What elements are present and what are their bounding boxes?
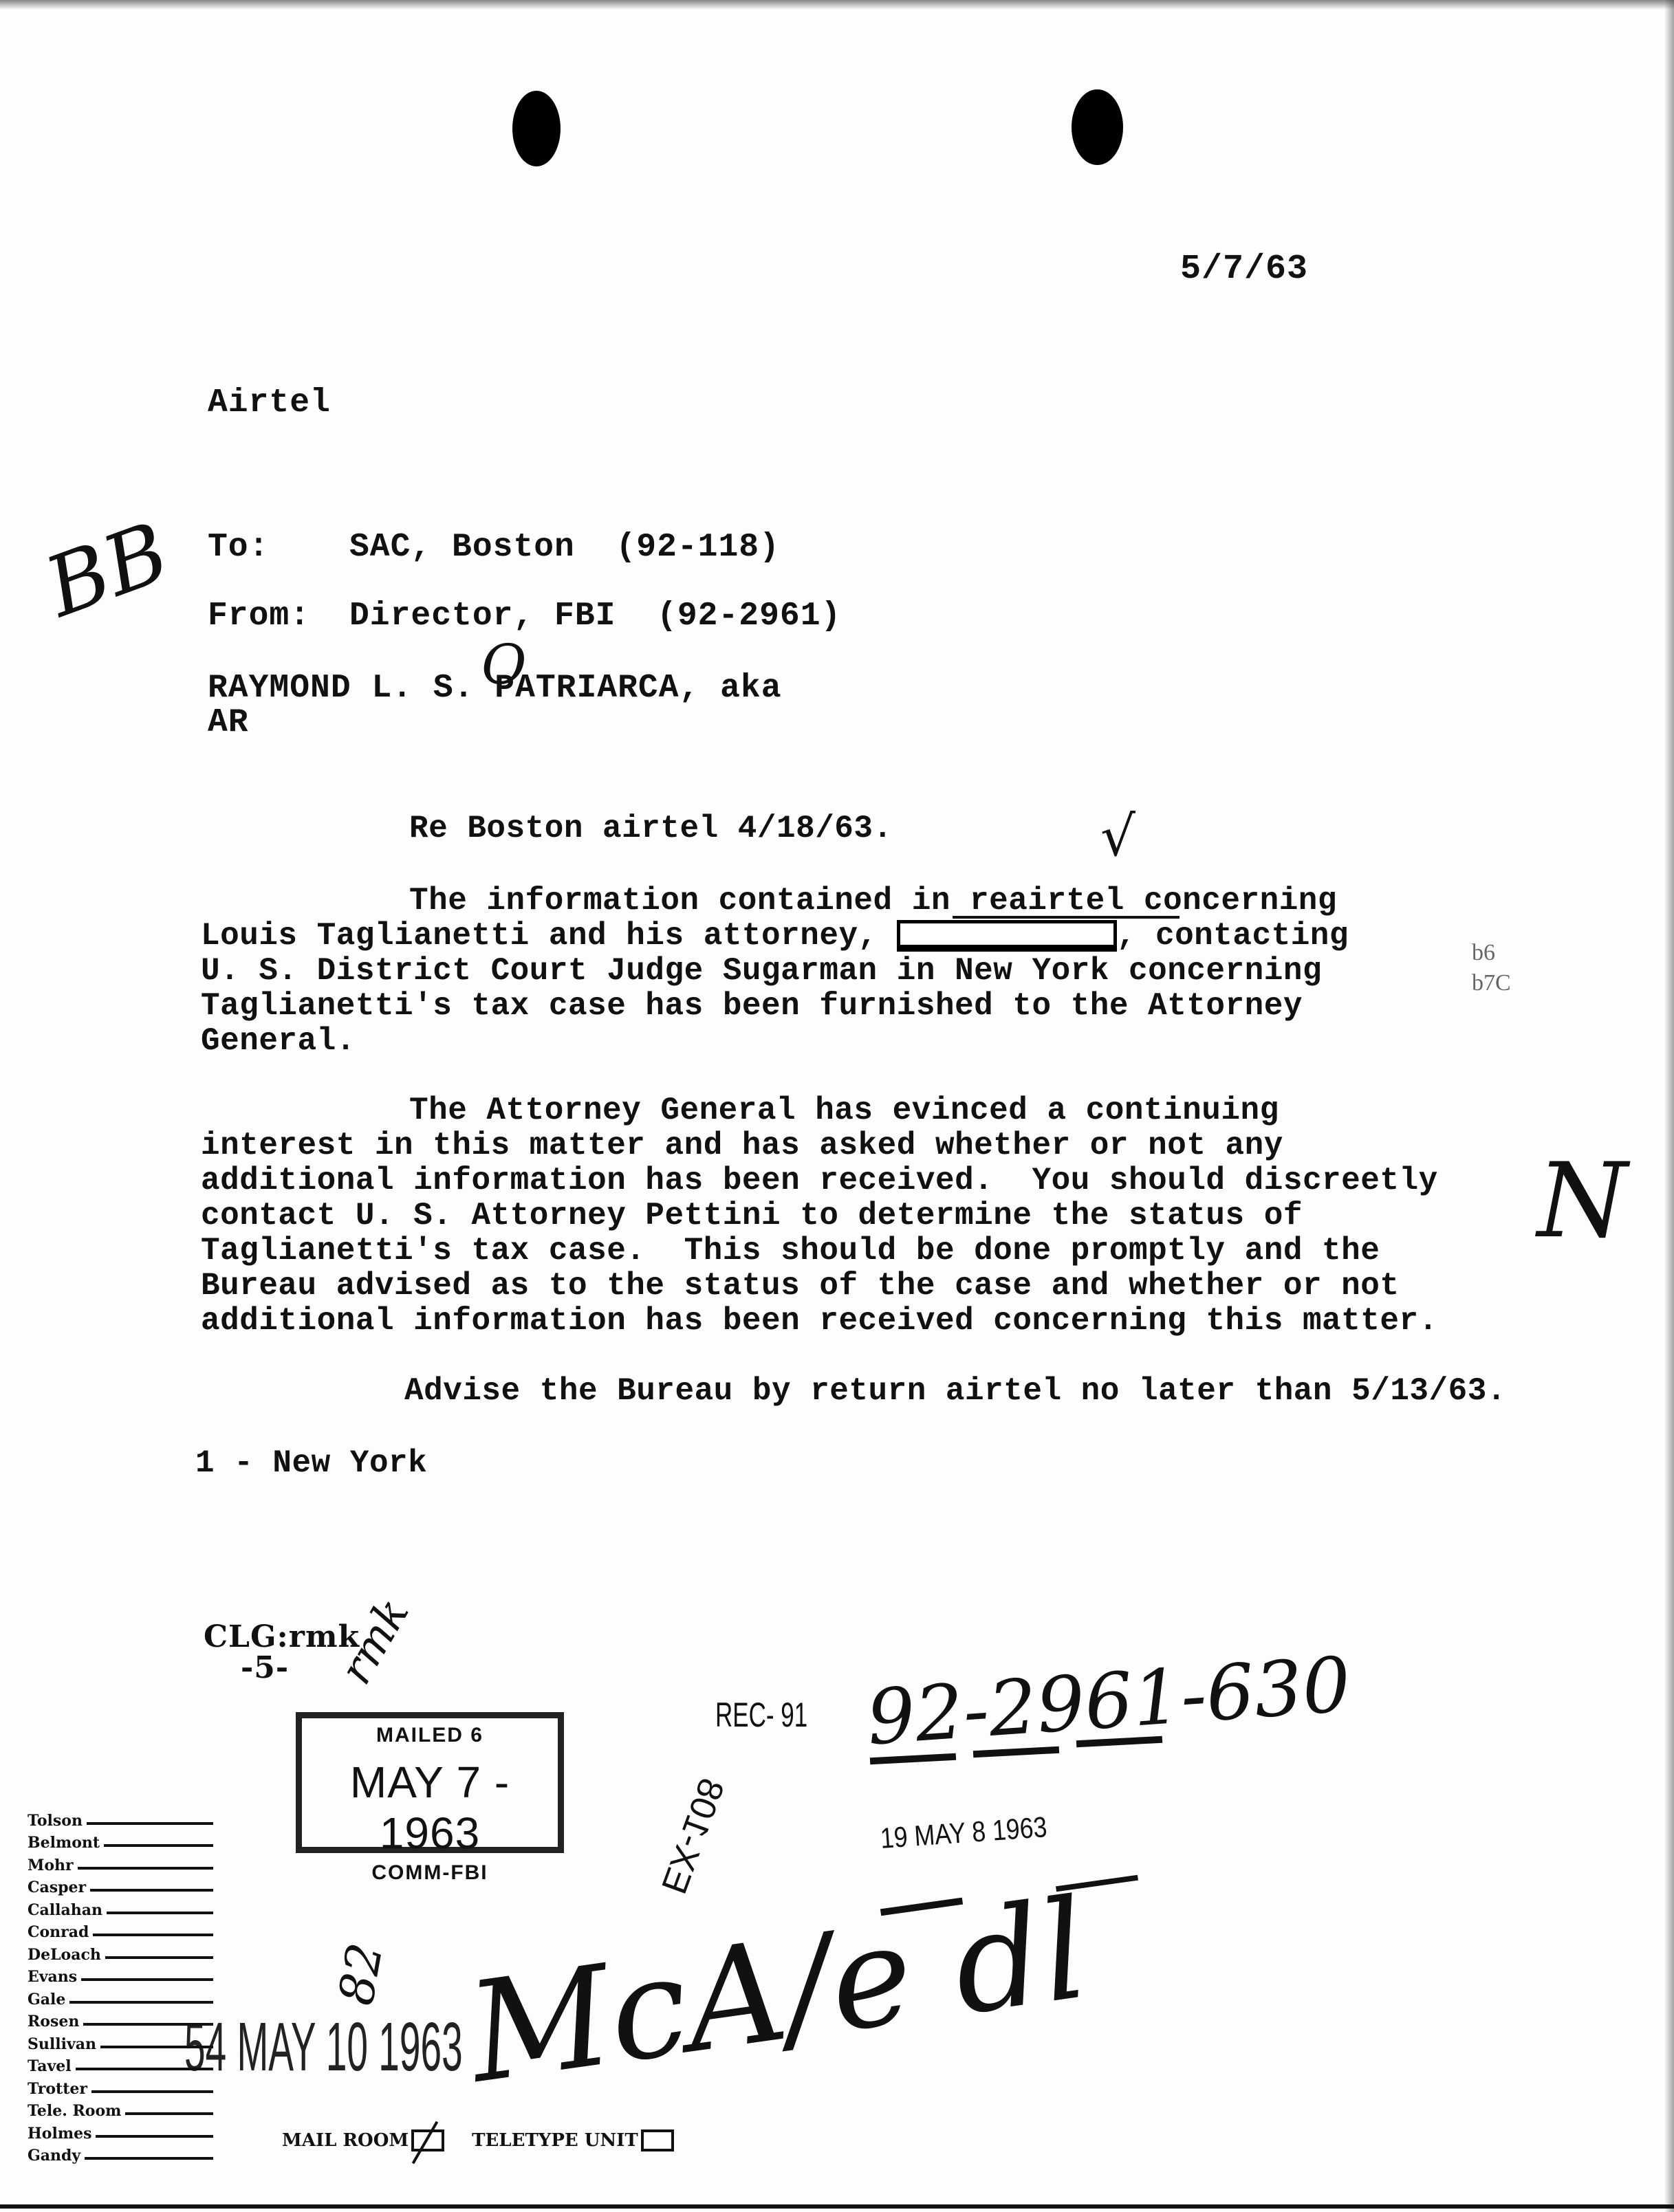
paragraph1-line1: The information contained in reairtel co… [409, 884, 1337, 919]
copies-line: 1 - New York [195, 1446, 427, 1481]
routing-signature-line [76, 2068, 213, 2070]
paragraph2-line6: Bureau advised as to the status of the c… [201, 1269, 1399, 1304]
routing-row: Trotter [28, 2075, 213, 2098]
redaction-box [897, 920, 1117, 952]
routing-name: Tele. Room [28, 2102, 125, 2120]
margin-initials: BB [34, 505, 181, 636]
routing-signature-line [105, 1956, 213, 1959]
routing-signature-line [78, 1867, 213, 1870]
exemption-b7c: b7C [1472, 970, 1511, 997]
routing-signature-line [69, 2001, 213, 2004]
paragraph1-line2: Louis Taglianetti and his attorney, , co… [201, 919, 1349, 954]
paragraph2-line5: Taglianetti's tax case. This should be d… [201, 1234, 1380, 1269]
mail-room-check-mark [412, 2121, 438, 2165]
teletype-unit-label: TELETYPE UNIT [472, 2130, 638, 2151]
routing-signature-line [104, 1844, 213, 1847]
routing-row: Tele. Room [28, 2098, 213, 2121]
routing-row: Holmes [28, 2120, 213, 2143]
routing-signature-line [85, 2157, 213, 2160]
routing-signature-line [90, 1889, 213, 1892]
paragraph1-line4: Taglianetti's tax case has been furnishe… [201, 989, 1303, 1024]
punch-hole-left [512, 91, 561, 166]
mail-room-checkbox[interactable] [411, 2129, 444, 2151]
routing-name: Rosen [28, 2013, 83, 2030]
rec-stamp: REC- 91 [715, 1695, 807, 1735]
exemption-b6: b6 [1472, 939, 1495, 967]
routing-row: Conrad [28, 1919, 213, 1942]
from-value: Director, FBI (92-2961) [349, 598, 841, 634]
routing-name: Casper [28, 1879, 90, 1896]
routing-row: Gandy [28, 2143, 213, 2165]
scan-edge-right [1664, 0, 1674, 2212]
routing-signature-line [81, 1978, 213, 1981]
routing-signature-line [91, 2090, 213, 2093]
routing-name: Gandy [28, 2147, 85, 2165]
page-copy-number: -5- [241, 1650, 289, 1686]
routing-name: Evans [28, 1968, 81, 1986]
bottom-date-stamp: 54 MAY 10 1963 [184, 2008, 463, 2087]
routing-name: Sullivan [28, 2035, 100, 2053]
paragraph1-line5: General. [201, 1024, 356, 1059]
document-type: Airtel [208, 385, 331, 421]
routing-signature-line [125, 2112, 213, 2115]
mail-room-label: MAIL ROOM [282, 2130, 409, 2151]
routing-row: Tolson [28, 1807, 213, 1830]
routing-name: Belmont [28, 1834, 104, 1852]
from-label: From: [208, 598, 310, 634]
right-margin-mark: N [1537, 1141, 1627, 1261]
routing-row: Rosen [28, 2008, 213, 2031]
routing-signature-line [87, 1822, 213, 1825]
routing-name: Tolson [28, 1812, 87, 1830]
routing-name: Callahan [28, 1901, 107, 1919]
bottom-handwriting: McA/e dl [459, 1869, 1096, 2114]
document-date: 5/7/63 [1180, 252, 1308, 287]
routing-signature-line [107, 1912, 213, 1914]
routing-row: Evans [28, 1964, 213, 1986]
routing-signature-line [100, 2046, 213, 2048]
routing-row: Tavel [28, 2053, 213, 2076]
routing-name: Trotter [28, 2080, 91, 2098]
check-mark: √ [1100, 804, 1135, 868]
subject-line-2: AR [208, 705, 249, 741]
bottom-rule [0, 2204, 1674, 2209]
mailed-stamp-top: MAILED 6 [302, 1724, 558, 1747]
paragraph2-line3: additional information has been received… [201, 1163, 1438, 1198]
routing-signature-line [96, 2135, 213, 2138]
routing-signature-line [83, 2023, 213, 2026]
routing-signature-line [93, 1934, 213, 1936]
filed-stamp: 19 MAY 8 1963 [879, 1810, 1048, 1855]
paragraph1-line2-before: Louis Taglianetti and his attorney, [201, 918, 897, 954]
routing-name: Gale [28, 1991, 69, 2008]
paragraph2-line2: interest in this matter and has asked wh… [201, 1128, 1283, 1163]
routing-name: Holmes [28, 2125, 96, 2143]
paragraph1-line2-after: , contacting [1117, 918, 1349, 954]
routing-row: DeLoach [28, 1941, 213, 1964]
routing-row: Gale [28, 1986, 213, 2008]
paragraph2-line4: contact U. S. Attorney Pettini to determ… [201, 1198, 1303, 1234]
paragraph2-line1: The Attorney General has evinced a conti… [409, 1093, 1279, 1128]
paragraph2-line7: additional information has been received… [201, 1304, 1438, 1339]
to-value: SAC, Boston (92-118) [349, 529, 780, 565]
bottom-number: 82 [327, 1939, 393, 2009]
mailed-stamp: MAILED 6 MAY 7 - 1963 COMM-FBI [296, 1712, 564, 1853]
mailed-stamp-date: MAY 7 - 1963 [302, 1757, 558, 1859]
paragraph3: Advise the Bureau by return airtel no la… [404, 1374, 1506, 1409]
to-label: To: [208, 529, 269, 565]
reference-line: Re Boston airtel 4/18/63. [409, 811, 893, 846]
subject-circle-mark: O [481, 633, 527, 697]
ex-stamp: EX-108 [653, 1773, 732, 1899]
routing-row: Mohr [28, 1852, 213, 1874]
routing-list: TolsonBelmontMohrCasperCallahanConradDeL… [28, 1807, 213, 2165]
teletype-unit-checkbox[interactable] [641, 2129, 674, 2151]
routing-row: Callahan [28, 1896, 213, 1919]
routing-name: Conrad [28, 1923, 93, 1941]
mailed-stamp-bottom: COMM-FBI [302, 1861, 558, 1885]
routing-row: Sullivan [28, 2030, 213, 2053]
routing-checkboxes: MAIL ROOM TELETYPE UNIT [282, 2129, 702, 2151]
routing-name: Tavel [28, 2057, 76, 2075]
document-page: 5/7/63 Airtel BB To: SAC, Boston (92-118… [0, 0, 1674, 2212]
routing-row: Belmont [28, 1830, 213, 1852]
routing-row: Casper [28, 1874, 213, 1897]
scan-edge-top [0, 0, 1674, 14]
routing-name: DeLoach [28, 1946, 105, 1964]
routing-name: Mohr [28, 1857, 78, 1874]
punch-hole-right [1072, 89, 1123, 165]
paragraph1-line3: U. S. District Court Judge Sugarman in N… [201, 954, 1322, 989]
